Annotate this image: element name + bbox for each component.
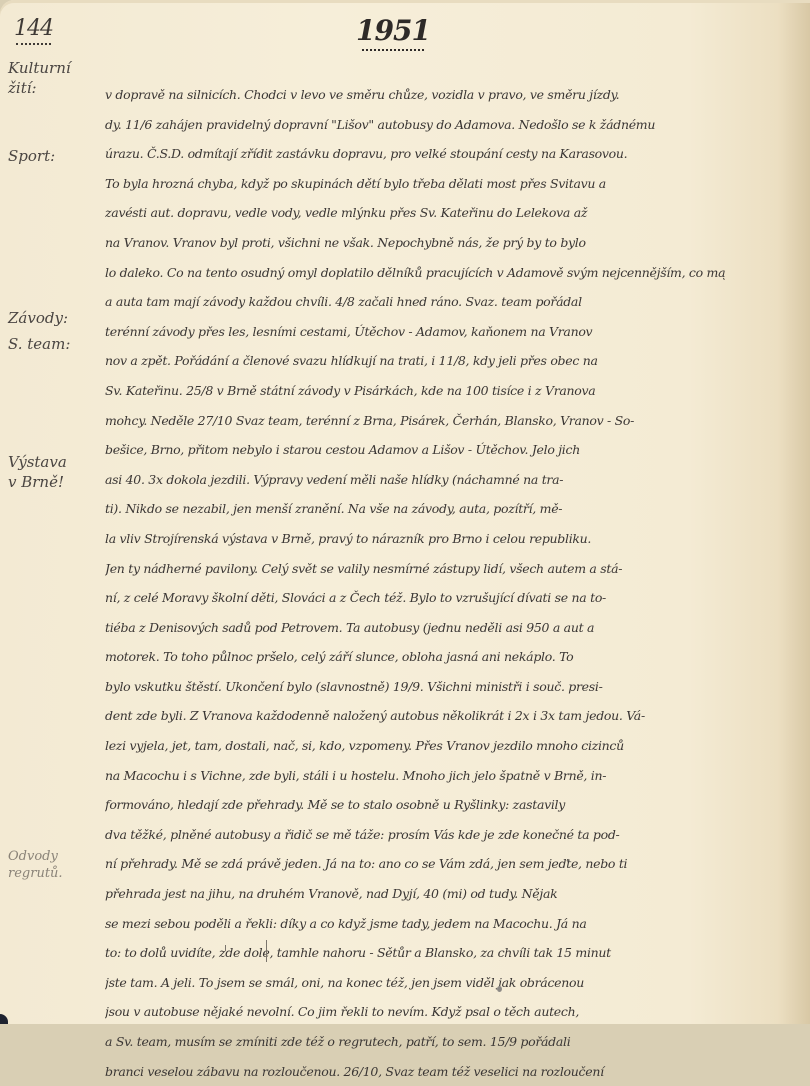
text-line: na Vranov. Vranov byl proti, všichni ne … — [105, 228, 725, 258]
text-line: dy. 11/6 zahájen pravidelný dopravní "Li… — [105, 110, 725, 140]
text-line: asi 40. 3x dokola jezdili. Výpravy veden… — [105, 465, 725, 495]
text-line: se mezi sebou poděli a řekli: díky a co … — [105, 909, 725, 939]
text-line: tiéba z Denisových sadů pod Petrovem. Ta… — [105, 613, 725, 643]
text-line: bešice, Brno, přitom nebylo i starou ces… — [105, 435, 725, 465]
text-line: na Macochu i s Vichne, zde byli, stáli i… — [105, 761, 725, 791]
text-line: dent zde byli. Z Vranova každodenně nalo… — [105, 701, 725, 731]
text-line: a auta tam mají závody každou chvíli. 4/… — [105, 287, 725, 317]
text-line: v dopravě na silnicích. Chodci v levo ve… — [105, 80, 725, 110]
text-line: nov a zpět. Pořádání a členové svazu hlí… — [105, 346, 725, 376]
text-line: ní přehrady. Mě se zdá právě jeden. Já n… — [105, 849, 725, 879]
margin-note-odvody-regrutu: Odvody regrutů. — [8, 848, 98, 882]
pen-stroke-mark — [266, 940, 267, 962]
handwritten-body: v dopravě na silnicích. Chodci v levo ve… — [105, 80, 725, 1024]
text-line: dva těžké, plněné autobusy a řidič se mě… — [105, 820, 725, 850]
text-line: lo daleko. Co na tento osudný omyl dopla… — [105, 258, 725, 288]
margin-note-vystava-brno: Výstava v Brně! — [8, 452, 98, 492]
text-line: motorek. To toho půlnoc pršelo, celý zář… — [105, 642, 725, 672]
margin-note-kulturni-zivot: Kulturní žití: — [8, 58, 98, 98]
text-line: lezi vyjela, jet, tam, dostali, nač, si,… — [105, 731, 725, 761]
text-line: jste tam. A jeli. To jsem se smál, oni, … — [105, 968, 725, 998]
text-line: úrazu. Č.S.D. odmítají zřídit zastávku d… — [105, 139, 725, 169]
text-line: Jen ty nádherné pavilony. Celý svět se v… — [105, 554, 725, 584]
page-year-heading: 1951 — [356, 14, 430, 47]
notebook-page: 144 1951 Kulturní žití: Sport: Závody: S… — [0, 0, 810, 1024]
text-line: to: to dolů uvidíte, zde dole, tamhle na… — [105, 938, 725, 968]
text-line: přehrada jest na jihu, na druhém Vranově… — [105, 879, 725, 909]
pen-stroke-mark — [225, 945, 226, 951]
margin-note-sport: Sport: — [8, 146, 98, 166]
margin-note-st-team: S. team: — [8, 334, 98, 354]
text-line: terénní závody přes les, lesními cestami… — [105, 317, 725, 347]
ink-spot — [497, 986, 502, 992]
margin-note-zavody: Závody: — [8, 308, 98, 328]
text-line: ti). Nikdo se nezabil, jen menší zranění… — [105, 494, 725, 524]
text-line: jsou v autobuse nějaké nevolní. Co jim ř… — [105, 997, 725, 1024]
text-line: zavésti aut. dopravu, vedle vody, vedle … — [105, 198, 725, 228]
text-line: la vliv Strojírenská výstava v Brně, pra… — [105, 524, 725, 554]
text-line: To byla hrozná chyba, když po skupinách … — [105, 169, 725, 199]
text-line: bylo vskutku štěstí. Ukončení bylo (slav… — [105, 672, 725, 702]
page-number: 144 — [14, 16, 53, 41]
text-line: ní, z celé Moravy školní děti, Slováci a… — [105, 583, 725, 613]
text-line: Sv. Kateřinu. 25/8 v Brně státní závody … — [105, 376, 725, 406]
text-line: mohcy. Neděle 27/10 Svaz team, terénní z… — [105, 406, 725, 436]
text-line: formováno, hledají zde přehrady. Mě se t… — [105, 790, 725, 820]
page-corner-shadow — [0, 1014, 8, 1024]
